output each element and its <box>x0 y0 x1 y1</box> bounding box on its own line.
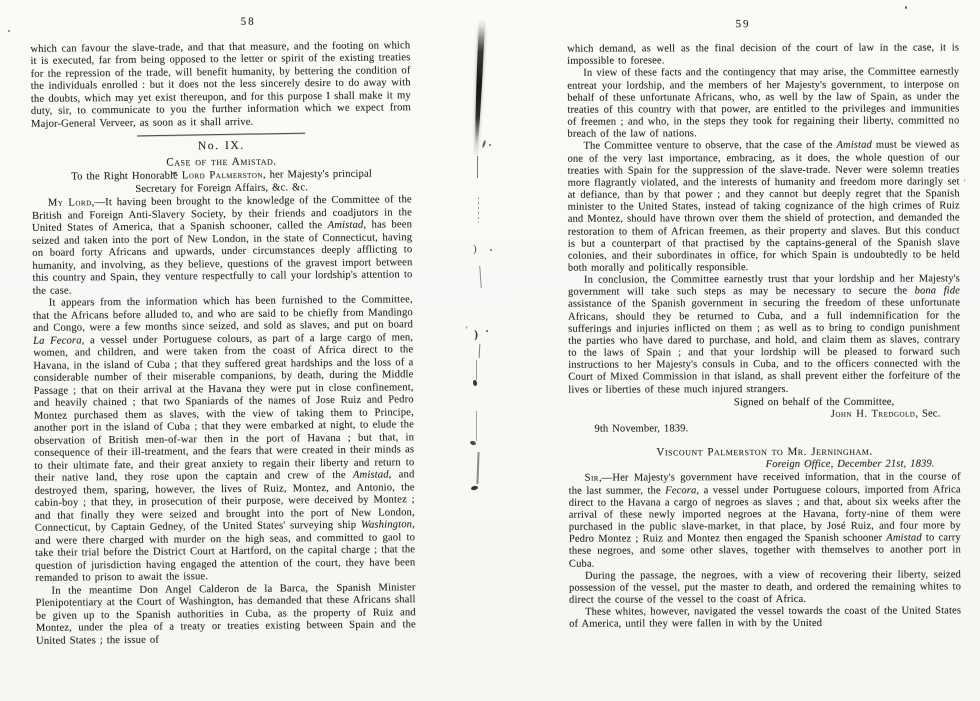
ink-mark <box>8 30 10 32</box>
paragraph: It appears from the information which ha… <box>33 294 416 585</box>
paragraph: Sir,—Her Majesty's government have recei… <box>569 472 961 571</box>
paragraph: During the passage, the negroes, with a … <box>569 569 961 607</box>
paragraph: My Lord,—It having been brought to the k… <box>32 194 413 298</box>
section-divider-rule <box>137 133 305 137</box>
ink-mark <box>476 360 477 380</box>
ink-mark <box>486 330 488 332</box>
ink-mark: ) <box>474 327 478 342</box>
paragraph: In view of these facts and the contingen… <box>567 67 959 141</box>
ink-mark <box>477 156 478 178</box>
letter-heading: Viscount Palmerston to Mr. Jerningham. <box>568 445 960 459</box>
ink-mark: ) <box>473 243 477 255</box>
ink-mark <box>482 140 486 148</box>
paragraph: The Committee venture to observe, that t… <box>567 140 959 275</box>
paragraph: These whites, however, navigated the ves… <box>569 605 961 631</box>
paragraph-continuation: which can favour the slave-trade, and th… <box>30 40 411 131</box>
section-number-heading: No. IX. <box>31 138 411 154</box>
ink-mark <box>473 380 478 387</box>
book-scan: 58 which can favour the slave-trade, and… <box>0 0 980 701</box>
paragraph: In the meantime Don Angel Calderon de la… <box>35 582 416 648</box>
signature-name: John H. Tredgold, Sec. <box>568 408 960 422</box>
letter-salutation: To the Right Honorable Lord Palmerston, … <box>31 168 411 197</box>
left-page: 58 which can favour the slave-trade, and… <box>30 14 416 648</box>
ink-mark <box>476 411 477 441</box>
paragraph-continuation: which demand, as well as the final decis… <box>567 42 959 68</box>
left-page-number: 58 <box>58 14 438 30</box>
right-page: 59 which demand, as well as the final de… <box>567 17 961 631</box>
ink-mark: ' <box>466 325 468 335</box>
ink-mark <box>905 6 907 9</box>
right-page-number: 59 <box>547 17 939 31</box>
ink-mark <box>469 440 476 446</box>
paragraph: In conclusion, the Committee earnestly t… <box>568 273 960 396</box>
letter-date: 9th November, 1839. <box>568 422 960 436</box>
ink-mark <box>479 266 482 288</box>
ink-mark <box>476 452 479 484</box>
ink-mark <box>471 485 479 490</box>
ink-mark <box>479 344 481 358</box>
ink-mark <box>490 249 492 251</box>
gutter-binding-shadow <box>473 22 485 154</box>
ink-mark <box>478 197 479 223</box>
ink-mark <box>489 144 491 146</box>
section-title-heading: Case of the Amistad. <box>31 154 411 170</box>
letter-dateline: Foreign Office, December 21st, 1839. <box>569 459 961 473</box>
ink-mark: ' <box>964 178 966 188</box>
